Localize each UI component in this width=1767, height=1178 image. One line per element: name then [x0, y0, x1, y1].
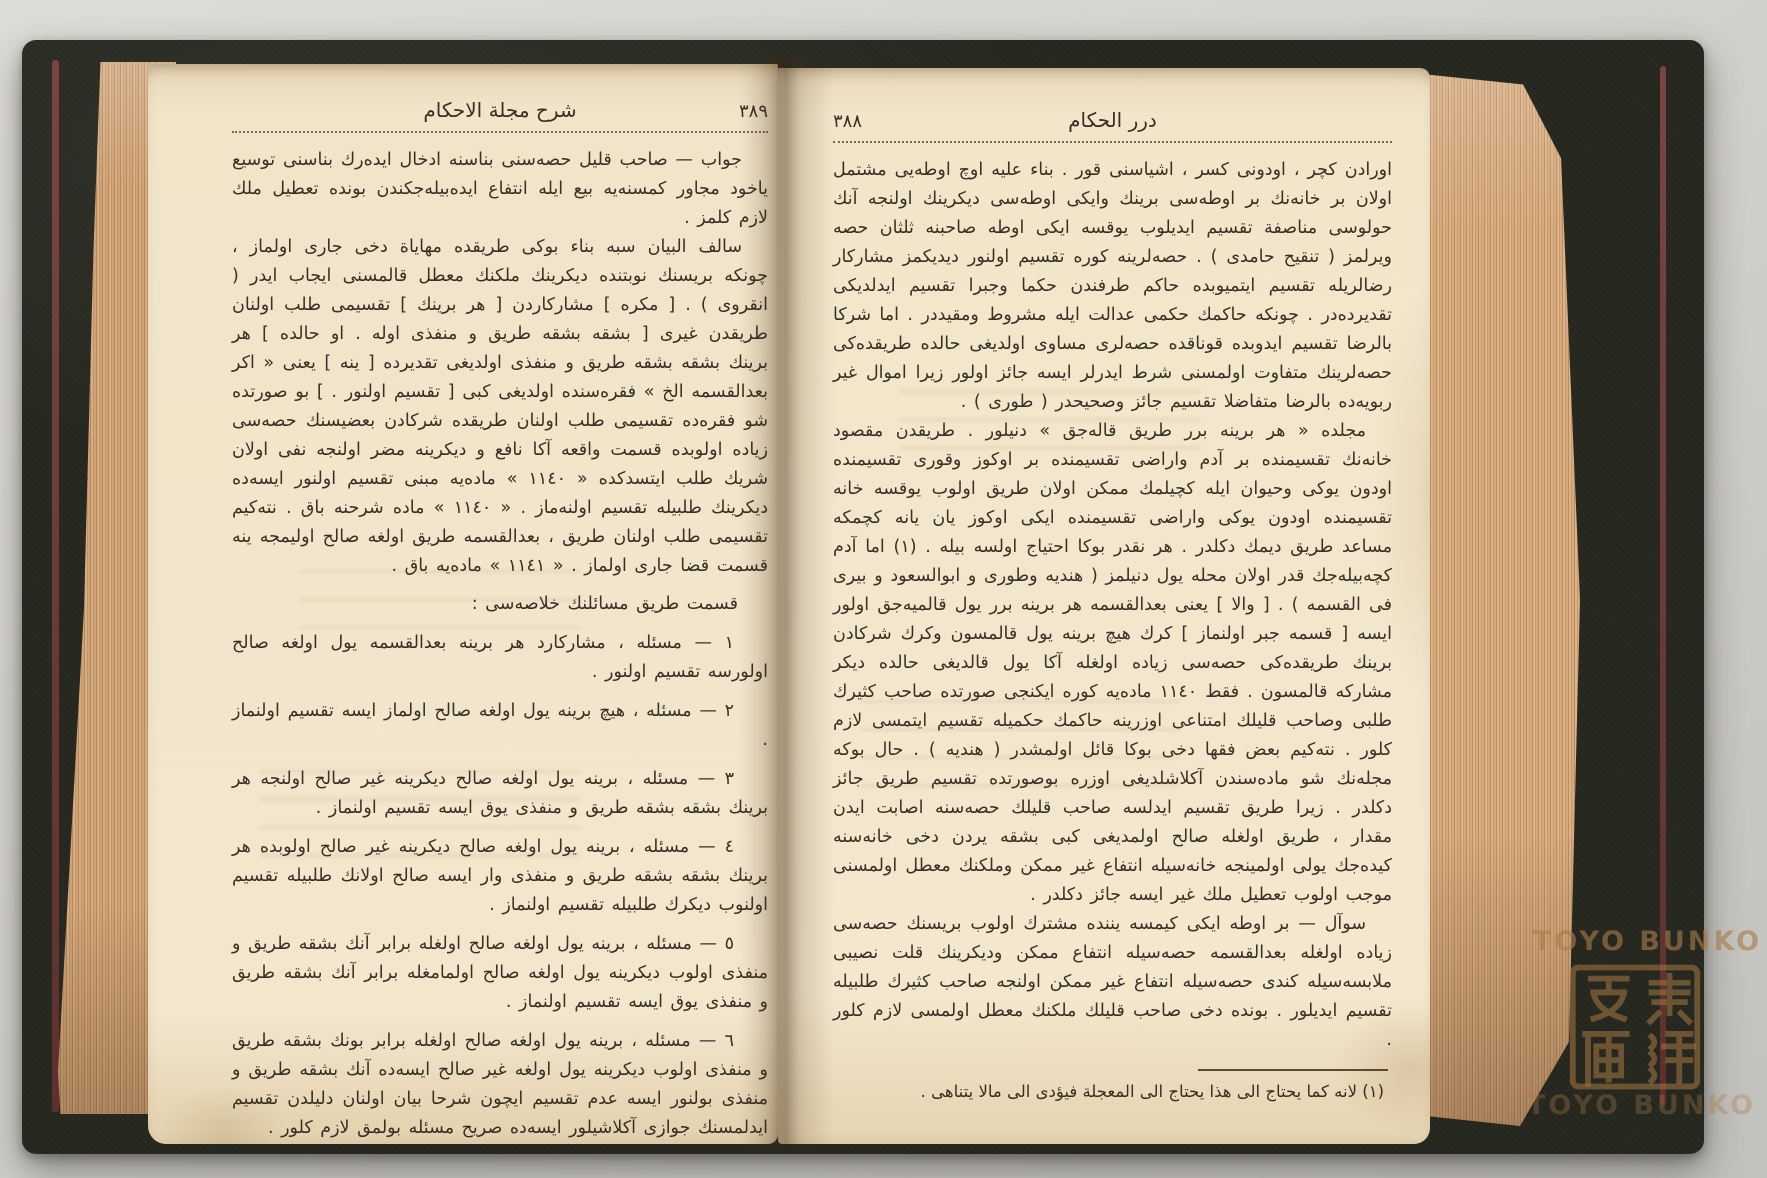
paragraph: سالف البيان سبه بناء بوكى طريقده مهاياة …: [232, 233, 768, 581]
endpaper-left: [52, 60, 59, 1112]
page-right-text: اورادن كچر ، اودونى كسر ، اشياسنى قور . …: [833, 156, 1392, 1055]
running-title-right: درر الحكام: [953, 108, 1272, 132]
footnote-rule: [1198, 1069, 1388, 1071]
page-left: ٣٨٩ شرح مجلة الاحكام جواب — صاحب قليل حص…: [148, 64, 778, 1144]
paragraph: مجلده « هر برينه برر طريق قاله‌جق » دنيل…: [833, 417, 1392, 910]
header-rule-right: [833, 141, 1392, 143]
page-right-header: درر الحكام ٣٨٨: [833, 108, 1392, 132]
book-photo-scene: ٣٨٩ شرح مجلة الاحكام جواب — صاحب قليل حص…: [0, 0, 1767, 1178]
footnote: (١) لانه كما يحتاج الى هذا يحتاج الى الم…: [833, 1079, 1392, 1105]
page-number-left: ٣٨٩: [648, 101, 768, 122]
running-title-left: شرح مجلة الاحكام: [352, 98, 648, 122]
paragraph: قسمت طريق مسائلنك خلاصه‌سى :: [232, 590, 768, 619]
page-right: درر الحكام ٣٨٨ اورادن كچر ، اودونى كسر ،…: [778, 68, 1430, 1144]
paragraph: جواب — صاحب قليل حصه‌سنى بناسنه ادخال اي…: [232, 146, 768, 233]
page-number-right: ٣٨٨: [833, 111, 953, 132]
page-left-header: ٣٨٩ شرح مجلة الاحكام: [232, 98, 768, 122]
endpaper-right: [1660, 66, 1666, 1106]
header-rule-left: [232, 131, 768, 133]
paragraph: ٣ — مسئله ، برينه يول اولغه صالح ديكرينه…: [232, 765, 768, 823]
page-left-text: جواب — صاحب قليل حصه‌سنى بناسنه ادخال اي…: [232, 146, 768, 1143]
paragraph: سوآل — بر اوطه ايكى كيمسه يننده مشترك او…: [833, 910, 1392, 1055]
paragraph: اورادن كچر ، اودونى كسر ، اشياسنى قور . …: [833, 156, 1392, 417]
paragraph: ٦ — مسئله ، برينه يول اولغه صالح اولغله …: [232, 1027, 768, 1143]
paragraph: ٢ — مسئله ، هيچ برينه يول اولغه صالح اول…: [232, 697, 768, 755]
fore-edge-right: [1422, 74, 1580, 1126]
paragraph: ٥ — مسئله ، برينه يول اولغه صالح اولغله …: [232, 930, 768, 1017]
paragraph: ١ — مسئله ، مشاركارد هر برينه بعدالقسمه …: [232, 629, 768, 687]
paragraph: ٤ — مسئله ، برينه يول اولغه صالح ديكرينه…: [232, 833, 768, 920]
